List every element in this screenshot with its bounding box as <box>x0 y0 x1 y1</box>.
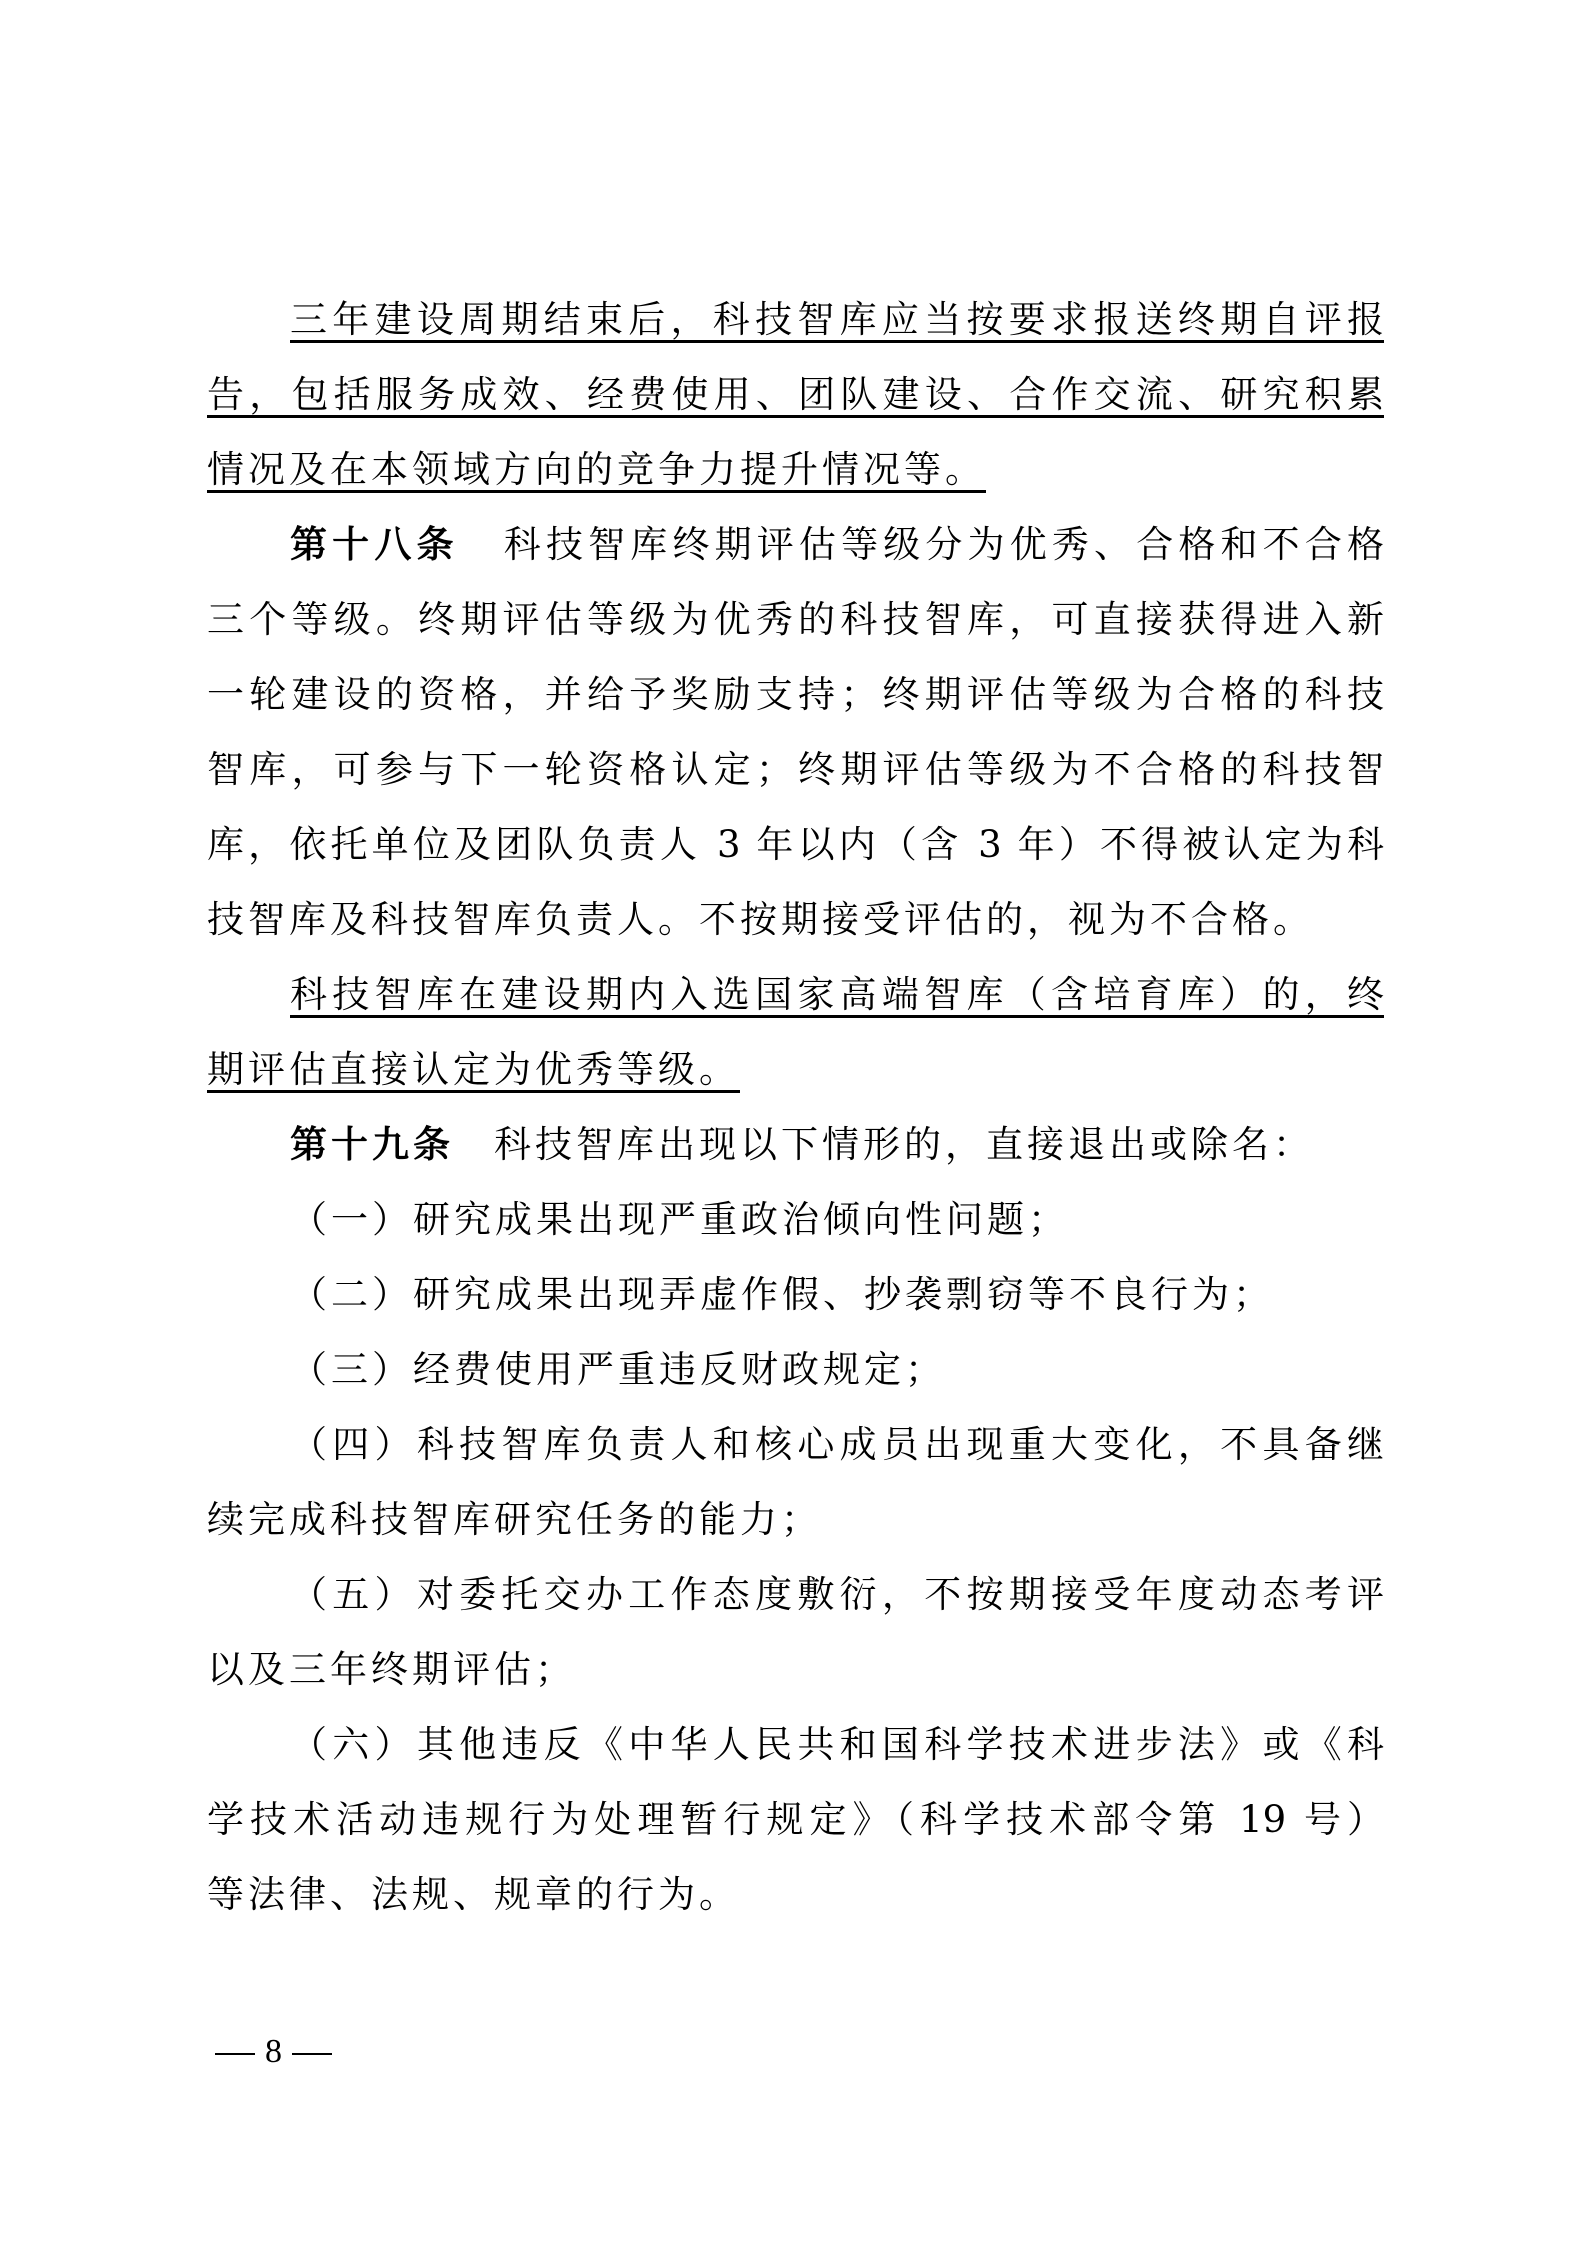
paragraph-line: 科技智库在建设期内入选国家高端智库（含培育库）的，终 <box>290 970 1384 1020</box>
article-heading: 第十九条 <box>290 1123 454 1166</box>
list-item: （五）对委托交办工作态度敷衍，不按期接受年度动态考评 <box>290 1570 1384 1620</box>
paragraph-line: 情况及在本领域方向的竞争力提升情况等。 <box>207 445 986 495</box>
list-item: （二）研究成果出现弄虚作假、抄袭剽窃等不良行为； <box>290 1270 1384 1320</box>
paragraph-line: 库，依托单位及团队负责人 3 年以内（含 3 年）不得被认定为科 <box>207 820 1384 870</box>
paragraph-line: 告，包括服务成效、经费使用、团队建设、合作交流、研究积累 <box>207 370 1384 420</box>
dash-decoration <box>215 2053 255 2055</box>
page-number: 8 <box>205 2030 342 2074</box>
article-18-first-line: 第十八条科技智库终期评估等级分为优秀、合格和不合格 <box>290 520 1384 570</box>
list-item-continuation: 续完成科技智库研究任务的能力； <box>207 1495 1384 1545</box>
paragraph-line: 期评估直接认定为优秀等级。 <box>207 1045 740 1095</box>
paragraph-line: 三年建设周期结束后，科技智库应当按要求报送终期自评报 <box>290 295 1384 345</box>
paragraph-line: 三个等级。终期评估等级为优秀的科技智库，可直接获得进入新 <box>207 595 1384 645</box>
list-item-continuation: 以及三年终期评估； <box>207 1645 1384 1695</box>
list-item-continuation: 等法律、法规、规章的行为。 <box>207 1870 1384 1920</box>
dash-decoration <box>292 2053 332 2055</box>
paragraph-line: 一轮建设的资格，并给予奖励支持；终期评估等级为合格的科技 <box>207 670 1384 720</box>
document-page: 三年建设周期结束后，科技智库应当按要求报送终期自评报 告，包括服务成效、经费使用… <box>0 0 1587 2245</box>
list-item: （六）其他违反《中华人民共和国科学技术进步法》或《科 <box>290 1720 1384 1770</box>
page-number-value: 8 <box>265 2033 282 2070</box>
article-text: 科技智库出现以下情形的，直接退出或除名： <box>494 1123 1314 1166</box>
article-19-first-line: 第十九条科技智库出现以下情形的，直接退出或除名： <box>290 1120 1384 1170</box>
article-heading: 第十八条 <box>290 523 459 566</box>
article-text: 科技智库终期评估等级分为优秀、合格和不合格 <box>499 523 1384 566</box>
list-item: （四）科技智库负责人和核心成员出现重大变化，不具备继 <box>290 1420 1384 1470</box>
list-item: （三）经费使用严重违反财政规定； <box>290 1345 1384 1395</box>
paragraph-line: 智库，可参与下一轮资格认定；终期评估等级为不合格的科技智 <box>207 745 1384 795</box>
paragraph-line: 技智库及科技智库负责人。不按期接受评估的，视为不合格。 <box>207 895 1384 945</box>
list-item-continuation: 学技术活动违规行为处理暂行规定》（科学技术部令第 19 号） <box>207 1795 1384 1845</box>
list-item: （一）研究成果出现严重政治倾向性问题； <box>290 1195 1384 1245</box>
